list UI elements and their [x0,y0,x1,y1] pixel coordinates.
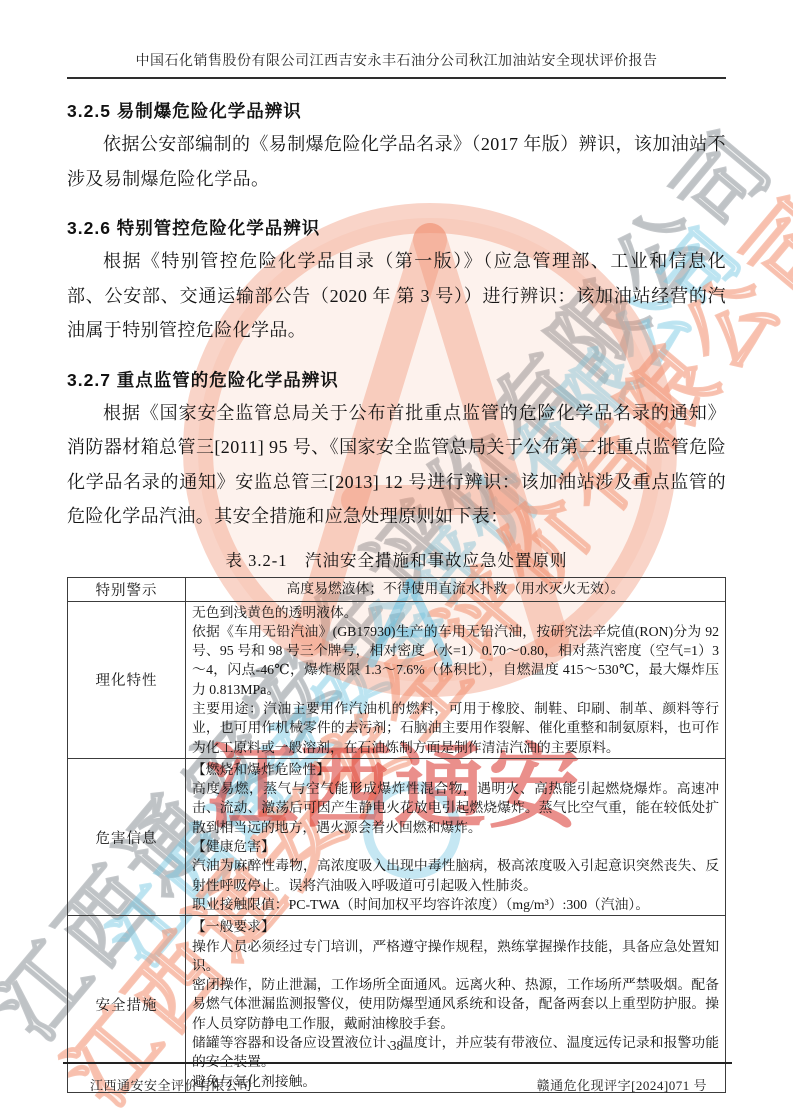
page-number: 38 [0,1038,793,1054]
row-content: 【一般要求】操作人员必须经过专门培训，严格遵守操作规程，熟练掌握操作技能，具备应… [186,916,726,1093]
row-content: 高度易燃液体；不得使用直流水扑救（用水灭火无效）。 [186,577,726,601]
section-3-2-7: 3.2.7 重点监管的危险化学品辨识 根据《国家安全监管总局关于公布首批重点监管… [67,367,726,534]
table-row: 危害信息【燃烧和爆炸危险性】高度易燃，蒸气与空气能形成爆炸性混合物，遇明火、高热… [68,758,726,915]
row-label: 特别警示 [68,577,186,601]
report-page: 江西通安安全评价有限公司 江西通安安全评价有限公司 江西通安安全评价有限公司 江… [0,0,793,1120]
row-label: 理化特性 [68,601,186,758]
cell-paragraph: 【燃烧和爆炸危险性】 [192,760,719,779]
cell-paragraph: 密闭操作，防止泄漏，工作场所全面通风。远离火种、热源，工作场所严禁吸烟。配备易燃… [192,975,719,1033]
cell-paragraph: 【健康危害】 [192,837,719,856]
section-heading: 3.2.7 重点监管的危险化学品辨识 [67,367,726,392]
cell-paragraph: 汽油为麻醉性毒物，高浓度吸入出现中毒性脑病，极高浓度吸入引起意识突然丧失、反射性… [192,856,719,895]
cell-paragraph: 高度易燃，蒸气与空气能形成爆炸性混合物，遇明火、高热能引起燃烧爆炸。高速冲击、流… [192,779,719,837]
section-heading: 3.2.6 特别管控危险化学品辨识 [67,215,726,240]
row-label: 危害信息 [68,758,186,915]
document-content: 中国石化销售股份有限公司江西吉安永丰石油分公司秋江加油站安全现状评价报告 3.2… [0,0,793,1093]
footer-company-name: 江西通安安全评价有限公司 [90,1075,252,1094]
section-paragraph: 根据《特别管控危险化学品目录（第一版）》（应急管理部、工业和信息化部、公安部、交… [67,244,726,348]
footer-document-number: 赣通危化现评字[2024]071 号 [537,1075,707,1094]
cell-paragraph: 主要用途：汽油主要用作汽油机的燃料，可用于橡胶、制鞋、印刷、制革、颜料等行业，也… [192,699,719,757]
cell-paragraph: 【一般要求】 [192,917,719,936]
section-paragraph: 根据《国家安全监管总局关于公布首批重点监管的危险化学品名录的通知》消防器材箱总管… [67,396,726,534]
section-heading: 3.2.5 易制爆危险化学品辨识 [67,98,726,123]
table-row: 特别警示高度易燃液体；不得使用直流水扑救（用水灭火无效）。 [68,577,726,601]
row-content: 无色到浅黄色的透明液体。依据《车用无铅汽油》(GB17930)生产的车用无铅汽油… [186,601,726,758]
safety-table-body: 特别警示高度易燃液体；不得使用直流水扑救（用水灭火无效）。理化特性无色到浅黄色的… [68,577,726,1092]
cell-paragraph: 无色到浅黄色的透明液体。 [192,603,719,622]
section-paragraph: 依据公安部编制的《易制爆危险化学品名录》（2017 年版）辨识，该加油站不涉及易… [67,127,726,196]
header-rule [67,77,726,79]
cell-paragraph: 操作人员必须经过专门培训，严格遵守操作规程，熟练掌握操作技能，具备应急处置知识。 [192,937,719,976]
table-row: 安全措施【一般要求】操作人员必须经过专门培训，严格遵守操作规程，熟练掌握操作技能… [68,916,726,1093]
document-footer: 江西通安安全评价有限公司 赣通危化现评字[2024]071 号 [90,1075,707,1094]
report-header-title: 中国石化销售股份有限公司江西吉安永丰石油分公司秋江加油站安全现状评价报告 [67,50,726,70]
section-3-2-6: 3.2.6 特别管控危险化学品辨识 根据《特别管控危险化学品目录（第一版）》（应… [67,215,726,348]
cell-paragraph: 高度易燃液体；不得使用直流水扑救（用水灭火无效）。 [192,579,719,598]
row-content: 【燃烧和爆炸危险性】高度易燃，蒸气与空气能形成爆炸性混合物，遇明火、高热能引起燃… [186,758,726,915]
row-label: 安全措施 [68,916,186,1093]
cell-paragraph: 依据《车用无铅汽油》(GB17930)生产的车用无铅汽油，按研究法辛烷值(RON… [192,622,719,699]
footer-rule [63,1062,732,1064]
table-row: 理化特性无色到浅黄色的透明液体。依据《车用无铅汽油》(GB17930)生产的车用… [68,601,726,758]
document-header: 中国石化销售股份有限公司江西吉安永丰石油分公司秋江加油站安全现状评价报告 [67,0,726,79]
cell-paragraph: 职业接触限值：PC-TWA（时间加权平均容许浓度）（mg/m³）:300（汽油）… [192,895,719,914]
table-caption: 表 3.2-1 汽油安全措施和事故应急处置原则 [67,547,726,571]
section-3-2-5: 3.2.5 易制爆危险化学品辨识 依据公安部编制的《易制爆危险化学品名录》（20… [67,98,726,196]
safety-measures-table: 特别警示高度易燃液体；不得使用直流水扑救（用水灭火无效）。理化特性无色到浅黄色的… [67,577,726,1093]
